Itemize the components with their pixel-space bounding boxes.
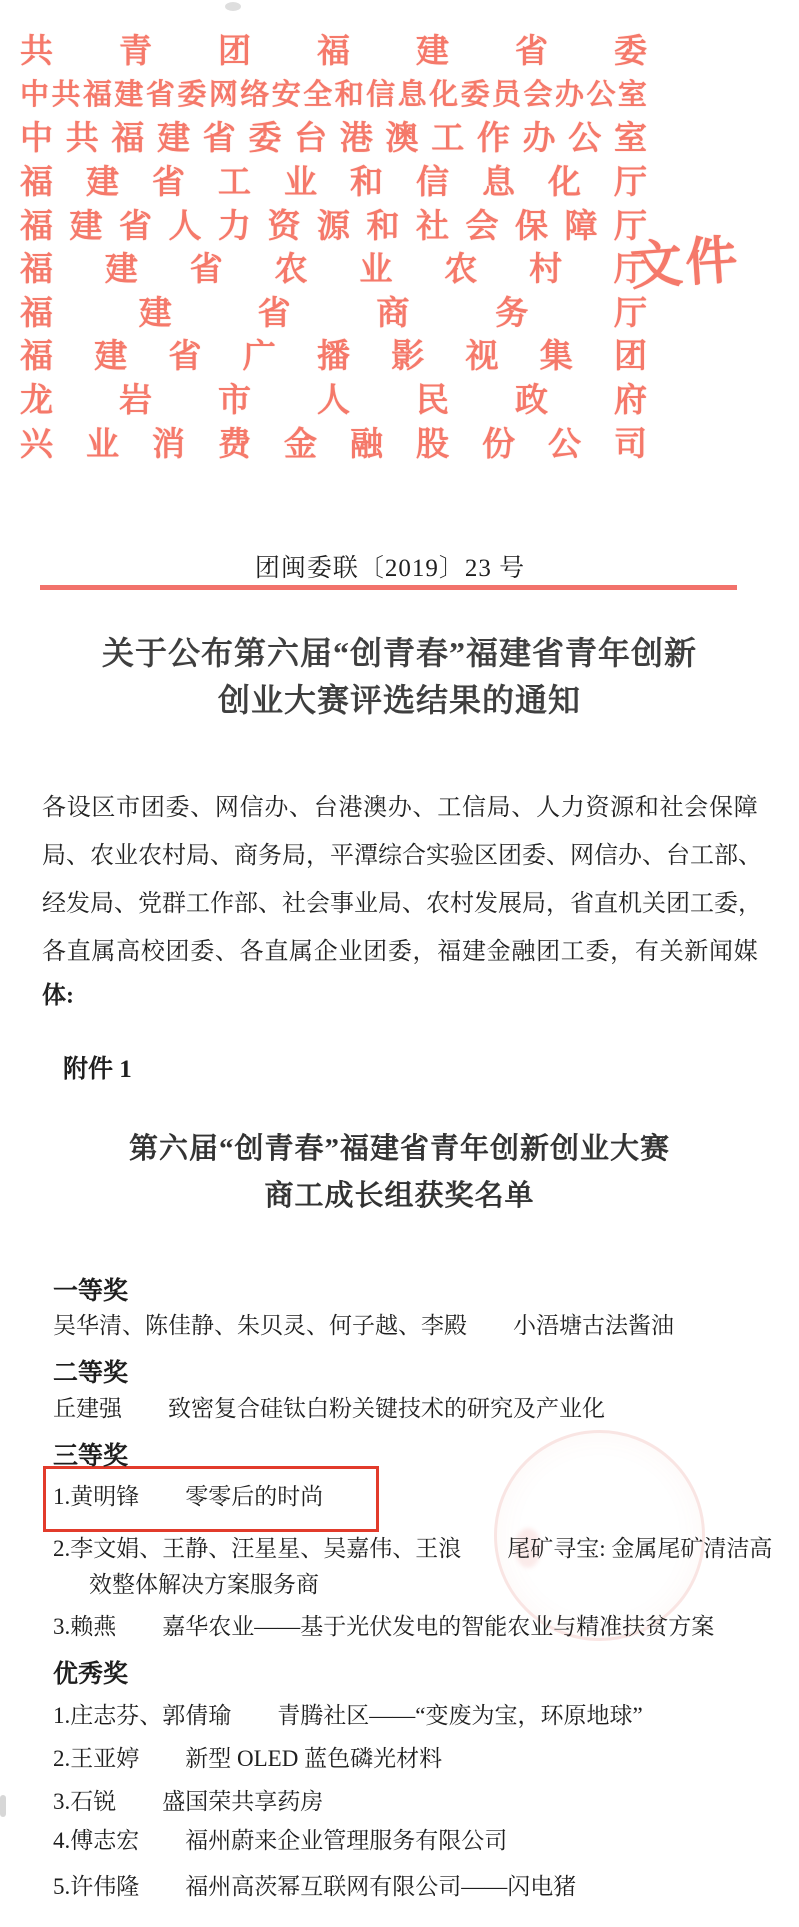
entry-number: 1. <box>53 1484 70 1509</box>
text-line: 共青团福建省委 <box>20 27 647 71</box>
issuing-agencies: 共青团福建省委中共福建省委网络安全和信息化委员会办公室中共福建省委台港澳工作办公… <box>20 27 647 463</box>
text-line: 福建省人力资源和社会保障厅 <box>20 201 647 245</box>
entry-project: 福州高茨幂互联网有限公司——闪电猪 <box>185 1874 576 1899</box>
text-line: 福建省工业和信息化厅 <box>20 158 647 202</box>
red-divider-line <box>40 585 737 590</box>
awards-list-title: 第六届“创青春”福建省青年创新创业大赛 商工成长组获奖名单 <box>0 1126 799 1220</box>
entry-names: 庄志芬、郭倩瑜 <box>70 1703 231 1728</box>
text-line: 中共福建省委网络安全和信息化委员会办公室 <box>20 71 647 115</box>
text-line: 各直属高校团委、各直属企业团委，福建金融团工委，有关新闻媒 <box>42 924 758 972</box>
award-entry: 3.赖燕嘉华农业——基于光伏发电的智能农业与精准扶贫方案 <box>53 1609 791 1645</box>
entry-names: 石锐 <box>70 1789 116 1814</box>
entry-names: 吴华清、陈佳静、朱贝灵、何子越、李殿 <box>53 1313 467 1338</box>
text-line: 局、农业农村局、商务局，平潭综合实验区团委、网信办、台工部、 <box>42 828 758 876</box>
award-entry: 2.王亚婷新型 OLED 蓝色磷光材料 <box>53 1741 791 1777</box>
entry-names: 王亚婷 <box>70 1746 139 1771</box>
entry-project: 致密复合硅钛白粉关键技术的研究及产业化 <box>168 1396 605 1421</box>
recipients-paragraph: 各设区市团委、网信办、台港澳办、工信局、人力资源和社会保障局、农业农村局、商务局… <box>42 780 758 1020</box>
award-entry: 丘建强致密复合硅钛白粉关键技术的研究及产业化 <box>53 1391 791 1427</box>
notice-title: 关于公布第六届“创青春”福建省青年创新 创业大赛评选结果的通知 <box>0 630 799 724</box>
text-line: 福建省广播影视集团 <box>20 332 647 376</box>
entry-names: 赖燕 <box>70 1614 116 1639</box>
document-page: 共青团福建省委中共福建省委网络安全和信息化委员会办公室中共福建省委台港澳工作办公… <box>0 0 799 1927</box>
award-entry: 2.李文娟、王静、汪星星、吴嘉伟、王浪尾矿寻宝: 金属尾矿清洁高效整体解决方案服… <box>53 1531 791 1603</box>
text-line: 福建省农业农村厅 <box>20 245 647 289</box>
entry-number: 2. <box>53 1746 70 1771</box>
award-entry: 3.石锐盛国荣共享药房 <box>53 1784 791 1820</box>
text-line: 中共福建省委台港澳工作办公室 <box>20 114 647 158</box>
text-line: 体: <box>42 972 758 1020</box>
scan-artifact <box>0 1795 6 1817</box>
entry-number: 3. <box>53 1789 70 1814</box>
attachment-label: 附件 1 <box>63 1049 132 1085</box>
awards-title-line: 商工成长组获奖名单 <box>0 1173 799 1220</box>
text-line: 经发局、党群工作部、社会事业局、农村发展局，省直机关团工委， <box>42 876 758 924</box>
entry-names: 许伟隆 <box>70 1874 139 1899</box>
text-line: 兴业消费金融股份公司 <box>20 419 647 463</box>
award-entry: 1.庄志芬、郭倩瑜青腾社区——“变废为宝，环原地球” <box>53 1698 791 1734</box>
entry-names: 李文娟、王静、汪星星、吴嘉伟、王浪 <box>70 1536 461 1561</box>
entry-number: 2. <box>53 1536 70 1561</box>
doc-number: 团闽委联〔2019〕23 号 <box>0 548 780 584</box>
text-line: 各设区市团委、网信办、台港澳办、工信局、人力资源和社会保障 <box>42 780 758 828</box>
award-tier-heading-third: 三等奖 <box>53 1436 128 1472</box>
award-entry-highlighted: 1.黄明锋零零后的时尚 <box>53 1479 791 1515</box>
entry-project: 青腾社区——“变废为宝，环原地球” <box>277 1703 642 1728</box>
entry-number: 4. <box>53 1828 70 1853</box>
entry-number: 1. <box>53 1703 70 1728</box>
text-line: 龙岩市人民政府 <box>20 376 647 420</box>
entry-names: 黄明锋 <box>70 1484 139 1509</box>
entry-number: 5. <box>53 1874 70 1899</box>
entry-project: 福州蔚来企业管理服务有限公司 <box>185 1828 507 1853</box>
doc-type-label: 文件 <box>628 214 793 300</box>
entry-project: 小浯塘古法酱油 <box>513 1313 674 1338</box>
text-line: 福建省商务厅 <box>20 289 647 333</box>
award-entry: 5.许伟隆福州高茨幂互联网有限公司——闪电猪 <box>53 1869 791 1905</box>
entry-project: 零零后的时尚 <box>185 1484 323 1509</box>
award-tier-heading-first: 一等奖 <box>53 1271 128 1307</box>
notice-title-line: 关于公布第六届“创青春”福建省青年创新 <box>0 630 799 677</box>
scan-artifact <box>225 2 241 11</box>
award-entry: 4.傅志宏福州蔚来企业管理服务有限公司 <box>53 1823 791 1859</box>
entry-project: 新型 OLED 蓝色磷光材料 <box>185 1746 442 1771</box>
award-tier-heading-excellence: 优秀奖 <box>53 1654 128 1690</box>
entry-project: 盛国荣共享药房 <box>162 1789 323 1814</box>
award-tier-heading-second: 二等奖 <box>53 1353 128 1389</box>
entry-names: 傅志宏 <box>70 1828 139 1853</box>
awards-title-line: 第六届“创青春”福建省青年创新创业大赛 <box>0 1126 799 1173</box>
entry-project: 嘉华农业——基于光伏发电的智能农业与精准扶贫方案 <box>162 1614 714 1639</box>
entry-names: 丘建强 <box>53 1396 122 1421</box>
entry-number: 3. <box>53 1614 70 1639</box>
notice-title-line: 创业大赛评选结果的通知 <box>0 677 799 724</box>
award-entry: 吴华清、陈佳静、朱贝灵、何子越、李殿小浯塘古法酱油 <box>53 1308 791 1344</box>
